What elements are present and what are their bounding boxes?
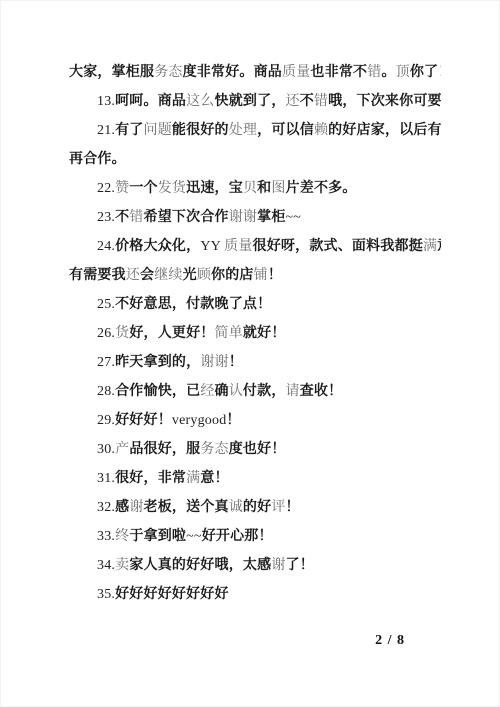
text-line: 22.赞一个发货迅速，宝贝和图片差不多。 [69,174,441,203]
text-segment: 产 [115,442,129,457]
text-segment: 27. [97,355,115,370]
text-segment: 问题 [144,123,172,138]
text-segment: ！ [286,500,300,515]
text-segment: 继续 [154,268,182,283]
text-segment: 付款， [243,384,286,399]
document-body: 大家，掌柜服务态度非常好。商品质量也非常不错。顶你了！13.呵呵。商品这么快就到… [69,58,441,609]
text-segment: 错 [129,210,143,225]
text-segment: 23. [97,210,115,225]
text-segment: 35. [97,587,115,602]
text-segment: 也非常不 [310,65,367,80]
text-segment: 处理 [229,123,257,138]
text-segment: 度也好！ [229,442,286,457]
text-segment: 终 [115,529,129,544]
text-line: 32.感谢老板，送个真诚的好评！ [69,493,441,522]
text-segment: 迅速，宝 [186,181,243,196]
text-line: 27.昨天拿到的，谢谢！ [69,348,441,377]
text-segment: 于拿到啦 [129,529,186,544]
text-line: 21.有了问题能很好的处理，可以信赖的好店家，以后有机会我们 [69,116,441,145]
text-line: 29.好好好！verygood！ [69,406,441,435]
text-line: 25.不好意思，付款晚了点！ [69,290,441,319]
text-segment: 图 [271,181,285,196]
text-segment: 很好呀，款式、面料我都挺 [253,239,423,254]
text-segment: 货 [115,326,129,341]
text-segment: 价格大众化， [115,239,200,254]
text-segment: 快就到了， [215,94,286,109]
text-segment: 了！ [286,558,314,573]
text-segment: 25. [97,297,115,312]
text-segment: 家人真的好好哦，太感 [129,558,271,573]
text-segment: 品很好，服 [129,442,200,457]
text-segment: 谢谢 [200,355,228,370]
text-segment: 有了 [115,123,143,138]
text-line: 30.产品很好，服务态度也好！ [69,435,441,464]
text-segment: 33. [97,529,115,544]
text-segment: 顶 [396,65,410,80]
text-segment: 铺 [254,268,268,283]
text-segment: 30. [97,442,115,457]
text-line: 有需要我还会继续光顾你的店铺！ [69,261,441,290]
text-segment: 22. [97,181,115,196]
text-line: 再合作。 [69,145,441,174]
text-segment: 很好，非常 [115,471,186,486]
text-segment: 满 [186,471,200,486]
text-segment: 你的店 [211,268,254,283]
text-segment: 不好意思，付款晚了点！ [115,297,271,312]
text-segment: 顾 [197,268,211,283]
text-segment: 卖 [115,558,129,573]
text-segment: 质量 [282,65,310,80]
text-segment: 合作愉快，已 [115,384,200,399]
text-line: 33.终于拿到啦~~好开心那！ [69,522,441,551]
text-segment: 26. [97,326,115,341]
text-segment: ！ [268,268,282,283]
text-segment: ，可以信 [257,123,314,138]
text-segment: 31. [97,471,115,486]
text-segment: 13. [97,94,115,109]
text-segment: 昨天拿到的， [115,355,200,370]
text-line: 28.合作愉快，已经确认付款，请查收！ [69,377,441,406]
text-segment: 务态 [154,65,182,80]
text-segment: ！ [226,413,240,428]
text-segment: 掌柜 [257,210,285,225]
text-segment: 错 [314,94,328,109]
text-segment: 片差不多。 [286,181,357,196]
text-segment: ！ [229,355,243,370]
text-segment: 赞 [115,181,129,196]
text-segment: 请 [286,384,300,399]
text-line: 35.好好好好好好好好 [69,580,441,609]
text-segment: 32. [97,500,115,515]
text-line: 大家，掌柜服务态度非常好。商品质量也非常不错。顶你了！ [69,58,441,87]
text-segment: 好好好好好好好好 [115,587,229,602]
text-line: 31.很好，非常满意！ [69,464,441,493]
text-segment: 确 [215,384,229,399]
text-segment: 28. [97,384,115,399]
text-line: 26.货好，人更好！简单就好！ [69,319,441,348]
text-segment: 21. [97,123,115,138]
text-segment: 老板，送个真 [144,500,229,515]
text-segment: 发货 [158,181,186,196]
text-segment: 不 [300,94,314,109]
text-segment: 评 [271,500,285,515]
text-segment: 意！ [200,471,228,486]
text-segment: 好开心那！ [202,529,273,544]
text-segment: 好，人更好！ [129,326,214,341]
text-segment: 。 [381,65,395,80]
text-segment: 呵呵。商品 [115,94,186,109]
text-segment: 再合作。 [69,152,126,167]
text-line: 24.价格大众化，YY 质量很好呀，款式、面料我都挺满意的，如果 [69,232,441,261]
text-segment: 还 [126,268,140,283]
text-line: 23.不错希望下次合作谢谢掌柜~~ [69,203,441,232]
text-segment: 满 [423,239,437,254]
text-segment: 的好 [243,500,271,515]
text-segment: 希望下次合作 [144,210,229,225]
text-segment: YY [200,239,224,254]
text-line: 34.卖家人真的好好哦，太感谢了！ [69,551,441,580]
text-segment: 度非常好。商品 [183,65,282,80]
text-segment: 这么 [186,94,214,109]
text-segment: 赖 [314,123,328,138]
text-segment: ~~ [286,210,302,225]
document-page: 大家，掌柜服务态度非常好。商品质量也非常不错。顶你了！13.呵呵。商品这么快就到… [0,0,500,707]
text-segment: verygood [172,413,226,428]
text-segment: 34. [97,558,115,573]
text-segment: 谢 [129,500,143,515]
text-segment: 一个 [129,181,157,196]
text-segment: 谢 [271,558,285,573]
text-segment: 和 [257,181,271,196]
text-segment: 谢谢 [229,210,257,225]
text-segment: ~~ [186,529,202,544]
text-segment: 不 [115,210,129,225]
text-segment: 光 [183,268,197,283]
text-segment: 就好！ [243,326,286,341]
text-segment: 错 [367,65,381,80]
text-segment: 简单 [215,326,243,341]
text-segment: 有需要我 [69,268,126,283]
text-segment: 质量 [224,239,252,254]
text-line: 13.呵呵。商品这么快就到了，还不错哦，下次来你可要优惠哦 [69,87,441,116]
text-segment: 认 [229,384,243,399]
text-segment: 务态 [200,442,228,457]
text-segment: 能很好的 [172,123,229,138]
text-segment: 好好好！ [115,413,172,428]
text-segment: 的好店家，以后有机会我 [328,123,441,138]
text-segment: 感 [115,500,129,515]
text-segment: 查收！ [300,384,343,399]
text-segment: 29. [97,413,115,428]
text-segment: 意的，如果 [437,239,441,254]
text-segment: 诚 [229,500,243,515]
text-segment: 24. [97,239,115,254]
text-segment: 经 [200,384,214,399]
text-segment: 会 [140,268,154,283]
text-segment: 哦，下次来你可要 [328,94,441,109]
page-number: 2 / 8 [1,633,405,649]
text-segment: 大家，掌柜服 [69,65,154,80]
text-segment: 还 [286,94,300,109]
text-segment: 贝 [243,181,257,196]
text-segment: 你了！ [410,65,441,80]
